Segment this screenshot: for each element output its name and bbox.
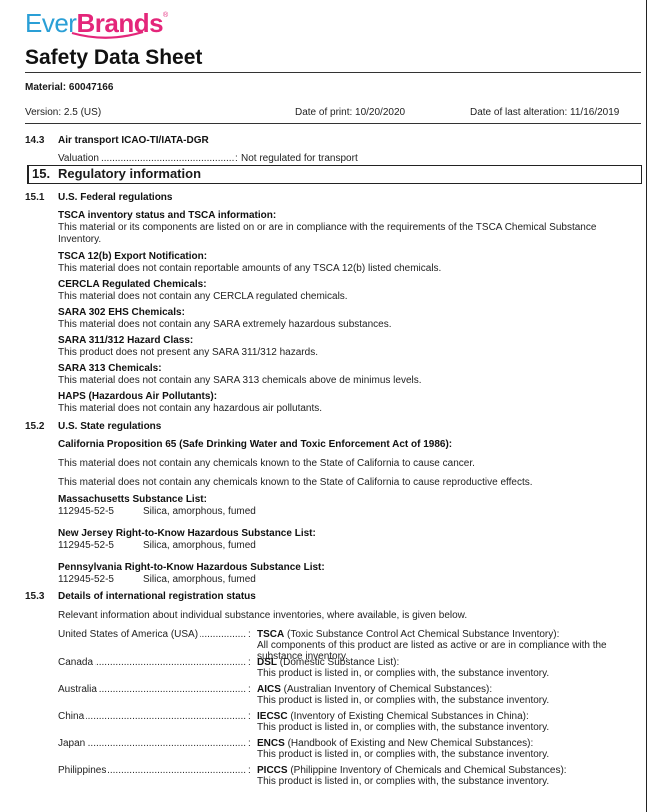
- country-name: United States of America (USA): [58, 629, 200, 640]
- prop65-cancer-text: This material does not contain any chemi…: [58, 458, 475, 469]
- leader-dots: ........................................…: [101, 153, 235, 164]
- colon: :: [248, 765, 251, 776]
- inventory-status: This product is listed in, or complies w…: [257, 668, 549, 679]
- inventory-description: (Inventory of Existing Chemical Substanc…: [288, 711, 529, 722]
- inventory-abbr: DSL: [257, 657, 277, 668]
- sara-302-heading: SARA 302 EHS Chemicals:: [58, 307, 185, 318]
- section-title-15-1: U.S. Federal regulations: [58, 192, 172, 203]
- haps-text: This material does not contain any hazar…: [58, 403, 322, 414]
- section-15-header: 15. Regulatory information: [27, 165, 642, 184]
- logo-registered-mark: ®: [163, 12, 168, 19]
- pennsylvania-substance: Silica, amorphous, fumed: [143, 574, 256, 585]
- tsca-inventory-text: This material or its components are list…: [58, 222, 596, 233]
- valuation-value: Not regulated for transport: [241, 153, 358, 164]
- cercla-heading: CERCLA Regulated Chemicals:: [58, 279, 207, 290]
- colon: :: [248, 657, 251, 668]
- section-number-15-3: 15.3: [25, 591, 44, 602]
- inventory-name: DSL (Domestic Substance List):: [257, 657, 399, 668]
- inventory-abbr: PICCS: [257, 765, 288, 776]
- inventory-abbr: TSCA: [257, 629, 284, 640]
- tsca-inventory-heading: TSCA inventory status and TSCA informati…: [58, 210, 276, 221]
- header-rule: [25, 123, 641, 124]
- inventory-name: PICCS (Philippine Inventory of Chemicals…: [257, 765, 567, 776]
- section-title-15: Regulatory information: [58, 166, 201, 181]
- sara-313-text: This material does not contain any SARA …: [58, 375, 422, 386]
- inventory-description: (Domestic Substance List):: [277, 657, 399, 668]
- date-of-print: Date of print: 10/20/2020: [295, 107, 405, 118]
- sara-302-text: This material does not contain any SARA …: [58, 319, 392, 330]
- inventory-abbr: AICS: [257, 684, 281, 695]
- new-jersey-list-heading: New Jersey Right-to-Know Hazardous Subst…: [58, 528, 316, 539]
- sara-311-312-text: This product does not present any SARA 3…: [58, 347, 318, 358]
- inventory-abbr: IECSC: [257, 711, 288, 722]
- new-jersey-cas: 112945-52-5: [58, 540, 114, 551]
- inventory-description: (Australian Inventory of Chemical Substa…: [281, 684, 492, 695]
- inventory-abbr: ENCS: [257, 738, 285, 749]
- haps-heading: HAPS (Hazardous Air Pollutants):: [58, 391, 217, 402]
- tsca-inventory-text-2: Inventory.: [58, 234, 101, 245]
- colon: :: [248, 711, 251, 722]
- colon: :: [235, 153, 238, 164]
- country-name: Canada: [58, 657, 95, 668]
- version: Version: 2.5 (US): [25, 107, 101, 118]
- prop65-reproductive-text: This material does not contain any chemi…: [58, 477, 533, 488]
- cercla-text: This material does not contain any CERCL…: [58, 291, 348, 302]
- country-name: Japan: [58, 738, 87, 749]
- title-rule: [25, 72, 641, 73]
- inventory-status: This product is listed in, or complies w…: [257, 776, 549, 787]
- pennsylvania-cas: 112945-52-5: [58, 574, 114, 585]
- massachusetts-substance: Silica, amorphous, fumed: [143, 506, 256, 517]
- inventory-status: This product is listed in, or complies w…: [257, 695, 549, 706]
- sara-311-312-heading: SARA 311/312 Hazard Class:: [58, 335, 193, 346]
- inventory-status: This product is listed in, or complies w…: [257, 722, 549, 733]
- new-jersey-substance: Silica, amorphous, fumed: [143, 540, 256, 551]
- massachusetts-cas: 112945-52-5: [58, 506, 114, 517]
- colon: :: [248, 738, 251, 749]
- page-edge-line: [646, 0, 647, 812]
- document-title: Safety Data Sheet: [25, 46, 202, 70]
- material-number: Material: 60047166: [25, 82, 113, 93]
- section-number-15: 15.: [32, 166, 50, 181]
- prop65-heading: California Proposition 65 (Safe Drinking…: [58, 439, 452, 450]
- inventory-name: AICS (Australian Inventory of Chemical S…: [257, 684, 492, 695]
- date-of-last-alteration: Date of last alteration: 11/16/2019: [470, 107, 619, 118]
- country-name: Philippines: [58, 765, 108, 776]
- colon: :: [248, 629, 251, 640]
- country-name: Australia: [58, 684, 99, 695]
- section-number-15-1: 15.1: [25, 192, 44, 203]
- leader-dots: ........................................…: [58, 711, 246, 722]
- tsca-12b-text: This material does not contain reportabl…: [58, 263, 441, 274]
- section-title-15-2: U.S. State regulations: [58, 421, 161, 432]
- inventory-name: TSCA (Toxic Substance Control Act Chemic…: [257, 629, 559, 640]
- inventory-status: This product is listed in, or complies w…: [257, 749, 549, 760]
- valuation-label: Valuation: [58, 153, 99, 164]
- section-number-15-2: 15.2: [25, 421, 44, 432]
- section-number-14-3: 14.3: [25, 135, 44, 146]
- sara-313-heading: SARA 313 Chemicals:: [58, 363, 162, 374]
- inventory-status: All components of this product are liste…: [257, 640, 607, 651]
- massachusetts-list-heading: Massachusetts Substance List:: [58, 494, 207, 505]
- section-title-14-3: Air transport ICAO-TI/IATA-DGR: [58, 135, 209, 146]
- inventory-description: (Toxic Substance Control Act Chemical Su…: [284, 629, 559, 640]
- registration-intro: Relevant information about individual su…: [58, 610, 467, 621]
- inventory-name: IECSC (Inventory of Existing Chemical Su…: [257, 711, 529, 722]
- country-name: China: [58, 711, 86, 722]
- pennsylvania-list-heading: Pennsylvania Right-to-Know Hazardous Sub…: [58, 562, 325, 573]
- inventory-description: (Handbook of Existing and New Chemical S…: [285, 738, 533, 749]
- logo-swoosh-icon: [70, 31, 145, 41]
- section-title-15-3: Details of international registration st…: [58, 591, 256, 602]
- tsca-12b-heading: TSCA 12(b) Export Notification:: [58, 251, 207, 262]
- inventory-name: ENCS (Handbook of Existing and New Chemi…: [257, 738, 533, 749]
- logo-ever: Ever: [25, 8, 76, 38]
- inventory-description: (Philippine Inventory of Chemicals and C…: [288, 765, 567, 776]
- colon: :: [248, 684, 251, 695]
